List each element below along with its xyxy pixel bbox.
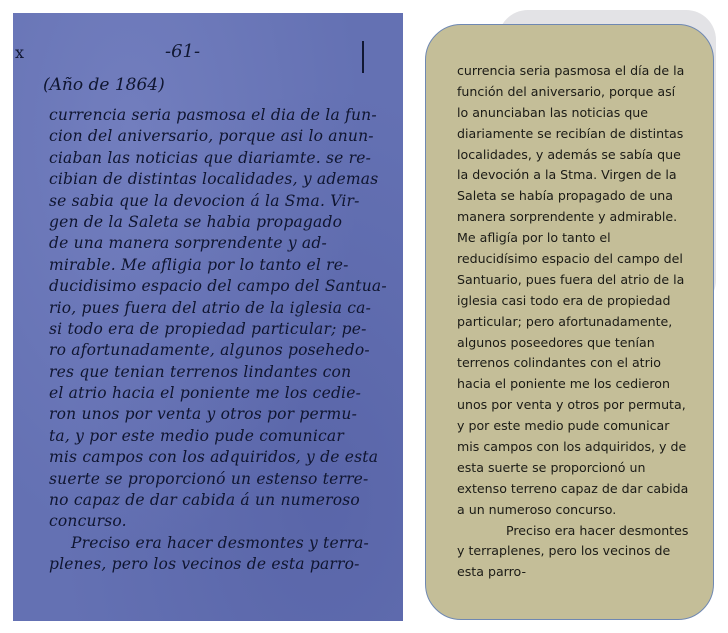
transcription-line: terrenos colindantes con el atrio [457,353,703,374]
manuscript-line: plenes, pero los vecinos de esta parro- [49,554,389,575]
transcription-line: iglesia casi todo era de propiedad [457,291,703,312]
year-heading: (Año de 1864) [43,75,165,95]
transcription-line: esta suerte se proporcionó un [457,458,703,479]
transcription-line: algunos poseedores que tenían [457,333,703,354]
manuscript-line: concurso. [49,511,389,532]
transcription-line: localidades, y además se sabía que [457,145,703,166]
manuscript-line: gen de la Saleta se habia propagado [49,212,389,233]
manuscript-line: cibian de distintas localidades, y adema… [49,169,389,190]
transcription-line: manera sorprendente y admirable. [457,207,703,228]
transcription-line: unos por venta y otros por permuta, [457,395,703,416]
transcription-line: y por este medio pude comunicar [457,416,703,437]
transcription-line: particular; pero afortunadamente, [457,312,703,333]
manuscript-line: rio, pues fuera del atrio de la iglesia … [49,298,389,319]
transcription-line: Saleta se había propagado de una [457,186,703,207]
transcription-line: Preciso era hacer desmontes [457,521,703,542]
manuscript-line: Preciso era hacer desmontes y terra- [49,533,389,554]
transcription-line: currencia seria pasmosa el día de la [457,61,703,82]
manuscript-line: cion del aniversario, porque asi lo anun… [49,126,389,147]
manuscript-line: ciaban las noticias que diariamte. se re… [49,148,389,169]
manuscript-line: ta, y por este medio pude comunicar [49,426,389,447]
transcription-line: y terraplenes, pero los vecinos de [457,541,703,562]
transcription-line: mis campos con los adquiridos, y de [457,437,703,458]
transcription-line: Santuario, pues fuera del atrio de la [457,270,703,291]
page-number: -61- [165,41,200,62]
transcription-line: función del aniversario, porque así [457,82,703,103]
transcription-line: la devoción a la Stma. Virgen de la [457,165,703,186]
manuscript-line: ron unos por venta y otros por permu- [49,404,389,425]
manuscript-line: mirable. Me afligia por lo tanto el re- [49,255,389,276]
transcription-line: Me afligía por lo tanto el [457,228,703,249]
transcription-line: lo anunciaban las noticias que [457,103,703,124]
margin-rule-mark [362,41,364,73]
transcription-line: hacia el poniente me los cedieron [457,374,703,395]
manuscript-line: si todo era de propiedad particular; pe- [49,319,389,340]
manuscript-line: ducidisimo espacio del campo del Santua- [49,276,389,297]
manuscript-line: ro afortunadamente, algunos posehedo- [49,340,389,361]
manuscript-line: el atrio hacia el poniente me los cedie- [49,383,389,404]
transcription-line: extenso terreno capaz de dar cabida [457,479,703,500]
manuscript-line: mis campos con los adquiridos, y de esta [49,447,389,468]
manuscript-line: currencia seria pasmosa el dia de la fun… [49,105,389,126]
manuscript-line: suerte se proporcionó un estenso terre- [49,469,389,490]
transcription-line: diariamente se recibían de distintas [457,124,703,145]
manuscript-scan: x -61- (Año de 1864) currencia seria pas… [13,13,403,621]
manuscript-line: res que tenian terrenos lindantes con [49,362,389,383]
manuscript-line: de una manera sorprendente y ad- [49,233,389,254]
transcription-line: esta parro- [457,562,703,583]
manuscript-line: no capaz de dar cabida á un numeroso [49,490,389,511]
transcription-panel: currencia seria pasmosa el día de lafunc… [425,24,714,620]
manuscript-line: se sabia que la devocion á la Sma. Vir- [49,191,389,212]
manuscript-text: currencia seria pasmosa el dia de la fun… [49,105,389,576]
transcription-text: currencia seria pasmosa el día de lafunc… [457,61,703,583]
margin-mark: x [15,43,24,62]
transcription-line: a un numeroso concurso. [457,500,703,521]
transcription-line: reducidísimo espacio del campo del [457,249,703,270]
